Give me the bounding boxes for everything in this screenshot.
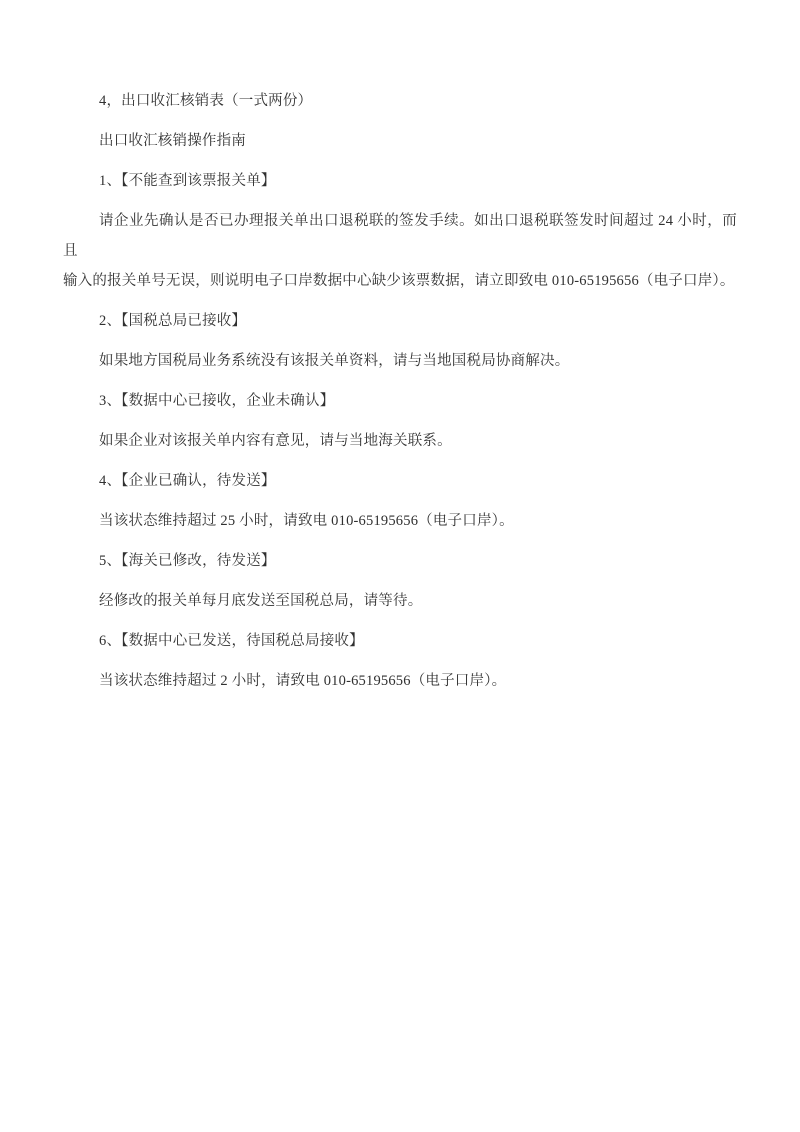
doc-line-item-heading: 4，出口收汇核销表（一式两份） xyxy=(63,86,737,116)
doc-section-3-heading: 3、【数据中心已接收，企业未确认】 xyxy=(63,386,737,416)
doc-title: 出口收汇核销操作指南 xyxy=(63,126,737,156)
doc-section-4-heading: 4、【企业已确认，待发送】 xyxy=(63,466,737,496)
document-page: 4，出口收汇核销表（一式两份） 出口收汇核销操作指南 1、【不能查到该票报关单】… xyxy=(0,0,800,1132)
doc-section-5-body: 经修改的报关单每月底发送至国税总局，请等待。 xyxy=(63,586,737,616)
doc-section-2-heading: 2、【国税总局已接收】 xyxy=(63,306,737,336)
doc-section-1-body: 请企业先确认是否已办理报关单出口退税联的签发手续。如出口退税联签发时间超过 24… xyxy=(63,206,737,296)
doc-section-5-heading: 5、【海关已修改，待发送】 xyxy=(63,546,737,576)
doc-section-1-heading: 1、【不能查到该票报关单】 xyxy=(63,166,737,196)
doc-section-4-body: 当该状态维持超过 25 小时，请致电 010-65195656（电子口岸）。 xyxy=(63,506,737,536)
doc-section-3-body: 如果企业对该报关单内容有意见，请与当地海关联系。 xyxy=(63,426,737,456)
doc-section-2-body: 如果地方国税局业务系统没有该报关单资料，请与当地国税局协商解决。 xyxy=(63,346,737,376)
doc-section-6-heading: 6、【数据中心已发送，待国税总局接收】 xyxy=(63,626,737,656)
doc-section-6-body: 当该状态维持超过 2 小时，请致电 010-65195656（电子口岸）。 xyxy=(63,666,737,696)
